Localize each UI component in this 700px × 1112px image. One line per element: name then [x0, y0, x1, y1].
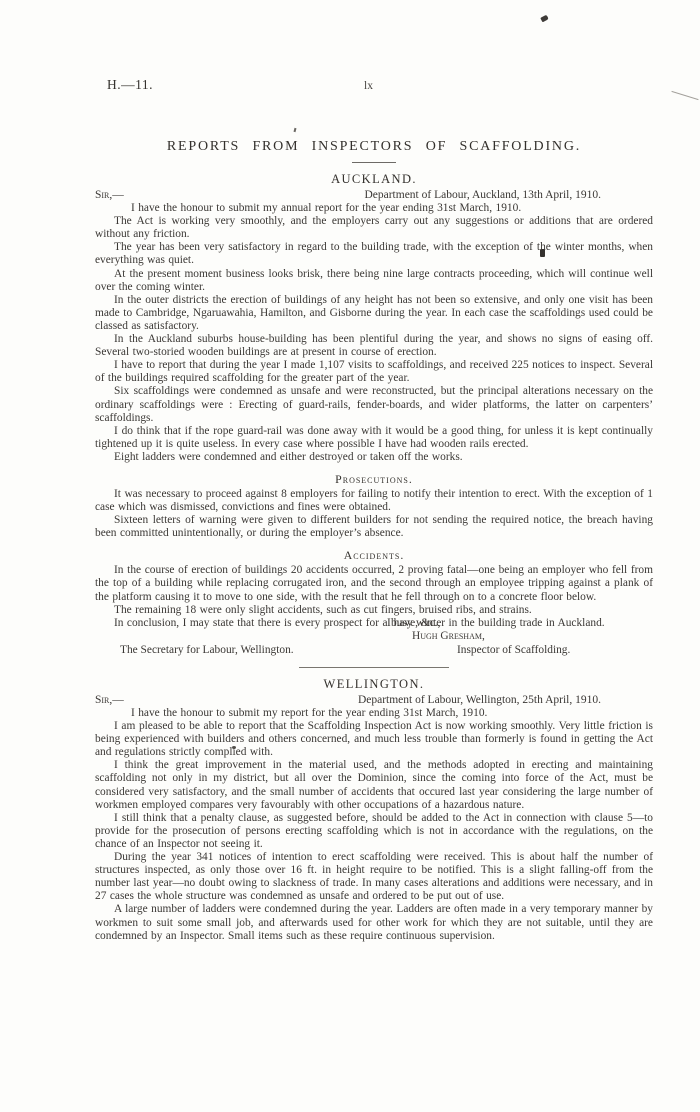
subsection-heading-prosecutions: Prosecutions. [95, 472, 653, 487]
paragraph: It was necessary to proceed against 8 em… [95, 488, 653, 514]
paragraph: I have the honour to submit my report fo… [95, 707, 653, 720]
section-heading-wellington: WELLINGTON. [95, 677, 653, 692]
paragraph: At the present moment business looks bri… [95, 268, 653, 294]
paragraph: In the outer districts the erection of b… [95, 294, 653, 333]
section-heading-auckland: AUCKLAND. [95, 172, 653, 187]
paragraph: The remaining 18 were only slight accide… [95, 604, 653, 617]
paragraph: I still think that a penalty clause, as … [95, 812, 653, 851]
paragraph: Sixteen letters of warning were given to… [95, 514, 653, 540]
dateline: Department of Labour, Auckland, 13th Apr… [364, 189, 601, 202]
report-reference: H.—11. [107, 77, 153, 93]
signature-name: Hugh Gresham, [95, 630, 653, 643]
paragraph: In the course of erection of buildings 2… [95, 564, 653, 603]
salutation-row: Sir,— Department of Labour, Auckland, 13… [95, 189, 653, 202]
subsection-heading-accidents: Accidents. [95, 548, 653, 563]
paragraph: I have the honour to submit my annual re… [95, 202, 653, 215]
title-rule [352, 162, 396, 163]
page-content: REPORTS FROM INSPECTORS OF SCAFFOLDING. … [95, 139, 653, 943]
ink-speck [671, 91, 698, 100]
salutation: Sir,— [95, 694, 124, 707]
paragraph: A large number of ladders were condemned… [95, 903, 653, 942]
paragraph: I think the great improvement in the mat… [95, 759, 653, 811]
dateline: Department of Labour, Wellington, 25th A… [358, 694, 601, 707]
paragraph: During the year 341 notices of intention… [95, 851, 653, 903]
paragraph: The Act is working very smoothly, and th… [95, 215, 653, 241]
closing-row: The Secretary for Labour, Wellington. In… [95, 643, 653, 657]
salutation: Sir,— [95, 189, 124, 202]
paragraph: In the Auckland suburbs house-building h… [95, 333, 653, 359]
section-divider-rule [299, 667, 449, 668]
salutation-row: Sir,— Department of Labour, Wellington, … [95, 694, 653, 707]
paragraph: The year has been very satisfactory in r… [95, 241, 653, 267]
ink-speck [294, 128, 297, 132]
paragraph: I have to report that during the year I … [95, 359, 653, 385]
signature-title: Inspector of Scaffolding. [457, 644, 570, 657]
paragraph: Six scaffoldings were condemned as unsaf… [95, 385, 653, 424]
paragraph: In conclusion, I may state that there is… [95, 617, 653, 630]
document-page: H.—11. lx REPORTS FROM INSPECTORS OF SCA… [0, 0, 700, 1112]
paragraph: I am pleased to be able to report that t… [95, 720, 653, 759]
page-title: REPORTS FROM INSPECTORS OF SCAFFOLDING. [95, 139, 653, 155]
paragraph: I do think that if the rope guard-rail w… [95, 425, 653, 451]
addressee: The Secretary for Labour, Wellington. [120, 644, 294, 657]
paragraph: Eight ladders were condemned and either … [95, 451, 653, 464]
page-number: lx [364, 80, 373, 92]
ink-speck [540, 15, 549, 23]
